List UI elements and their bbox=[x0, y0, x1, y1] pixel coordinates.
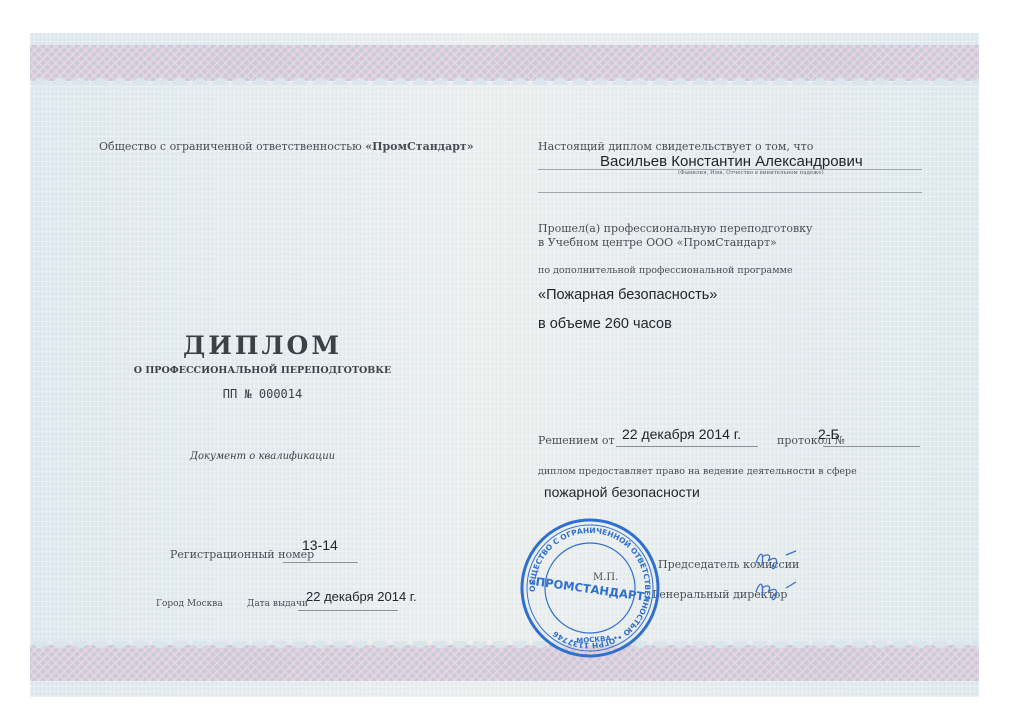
issue-date-rule bbox=[298, 610, 398, 611]
name-caption: (Фамилия, Имя, Отчество в винительном па… bbox=[678, 170, 824, 176]
rights-label: диплом предоставляет право на ведение де… bbox=[538, 466, 857, 477]
intro-text: Настоящий диплом свидетельствует о том, … bbox=[538, 140, 813, 153]
registration-label: Регистрационный номер bbox=[170, 548, 314, 561]
program-volume: в объеме 260 часов bbox=[538, 316, 672, 332]
issuing-organization: Общество с ограниченной ответственностью… bbox=[99, 140, 474, 153]
registration-number: 13-14 bbox=[302, 537, 338, 553]
passed-line-2: в Учебном центре ООО «ПромСтандарт» bbox=[538, 236, 777, 249]
center-fold bbox=[504, 81, 505, 645]
diploma-sheet: Общество с ограниченной ответственностью… bbox=[30, 33, 979, 697]
protocol-rule bbox=[823, 446, 920, 447]
protocol-number: 2-Б bbox=[818, 426, 840, 442]
activity-sphere: пожарной безопасности bbox=[544, 484, 700, 500]
organization-name: «ПромСтандарт» bbox=[365, 140, 473, 153]
passed-line-1: Прошел(а) профессиональную переподготовк… bbox=[538, 222, 813, 235]
company-stamp: ОБЩЕСТВО С ОГРАНИЧЕННОЙ ОТВЕТСТВЕННОСТЬЮ… bbox=[510, 508, 670, 668]
name-rule-2 bbox=[538, 192, 922, 193]
issue-date-label: Дата выдачи bbox=[247, 599, 308, 609]
program-label: по дополнительной профессиональной прогр… bbox=[538, 265, 793, 276]
decision-date: 22 декабря 2014 г. bbox=[622, 426, 741, 442]
diploma-subtitle: О ПРОФЕССИОНАЛЬНОЙ ПЕРЕПОДГОТОВКЕ bbox=[30, 365, 495, 376]
chairman-signature bbox=[752, 547, 812, 573]
decision-label: Решением от bbox=[538, 434, 615, 447]
registration-rule bbox=[283, 562, 358, 563]
city-label: Город Москва bbox=[156, 599, 223, 609]
diploma-number: ПП № 000014 bbox=[30, 387, 495, 401]
director-signature bbox=[752, 578, 812, 604]
guilloche-border-bottom bbox=[30, 645, 979, 681]
program-name: «Пожарная безопасность» bbox=[538, 287, 717, 303]
decision-date-rule bbox=[616, 446, 758, 447]
diploma-title: ДИПЛОМ bbox=[30, 331, 495, 360]
guilloche-border-top bbox=[30, 45, 979, 81]
issue-date: 22 декабря 2014 г. bbox=[306, 589, 417, 604]
document-type: Документ о квалификации bbox=[30, 451, 495, 462]
holder-name: Васильев Константин Александрович bbox=[600, 153, 863, 170]
